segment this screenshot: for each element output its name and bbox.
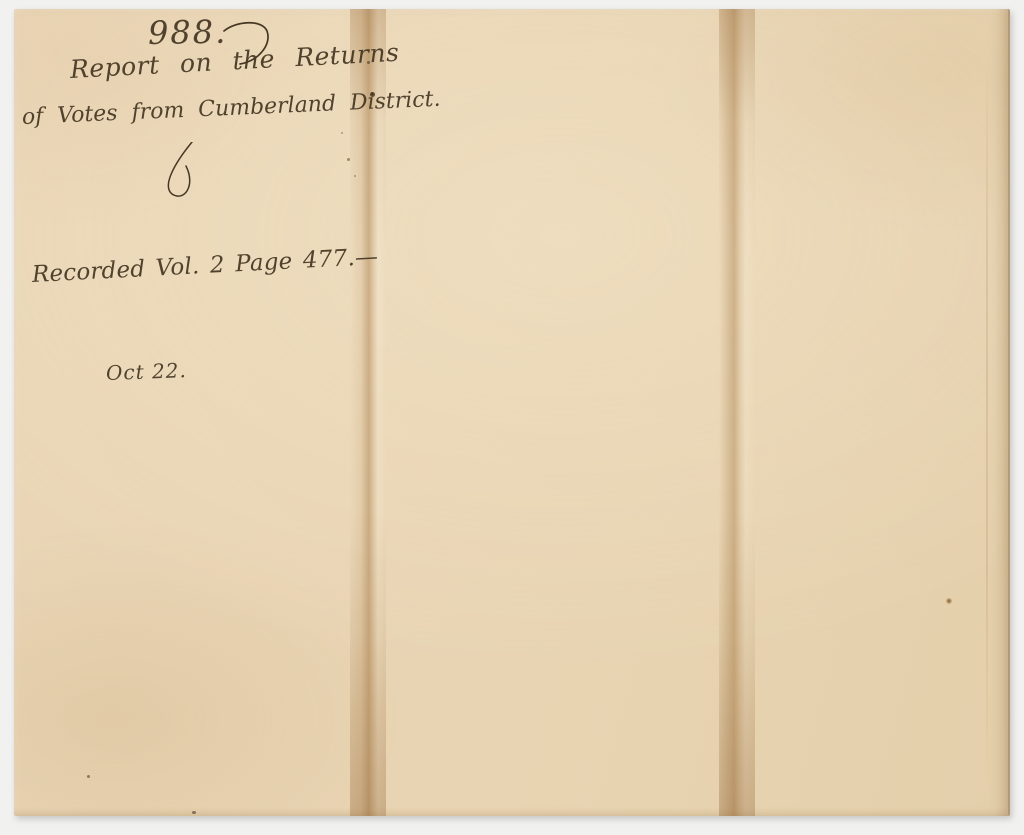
ink-speck [347,158,350,161]
title-line-1: Report on the Returns [69,38,400,84]
ink-speck [341,132,343,134]
doc-number: 988. [148,13,228,52]
date-note: Oct 22. [106,358,188,385]
fold-crease-left [350,9,386,816]
title-line-2: of Votes from Cumberland District. [21,87,440,130]
fold-crease-shading [719,9,755,816]
fold-crease-shading [350,9,386,816]
recorded-note: Recorded Vol. 2 Page 477.— [31,244,378,288]
fold-crease-right [719,9,755,816]
letter-descender-flourish [160,142,202,200]
ink-speck [354,175,356,177]
scanned-document-view: 988. Report on the Returns of Votes from… [0,0,1024,835]
stain-spot [946,598,952,604]
fold-crease-shading [350,9,386,816]
paper-edge-line [986,49,988,786]
manuscript-paper: 988. Report on the Returns of Votes from… [14,9,1010,816]
fold-crease-shading [719,9,755,816]
ink-speck [192,811,196,814]
ink-speck [87,775,90,778]
